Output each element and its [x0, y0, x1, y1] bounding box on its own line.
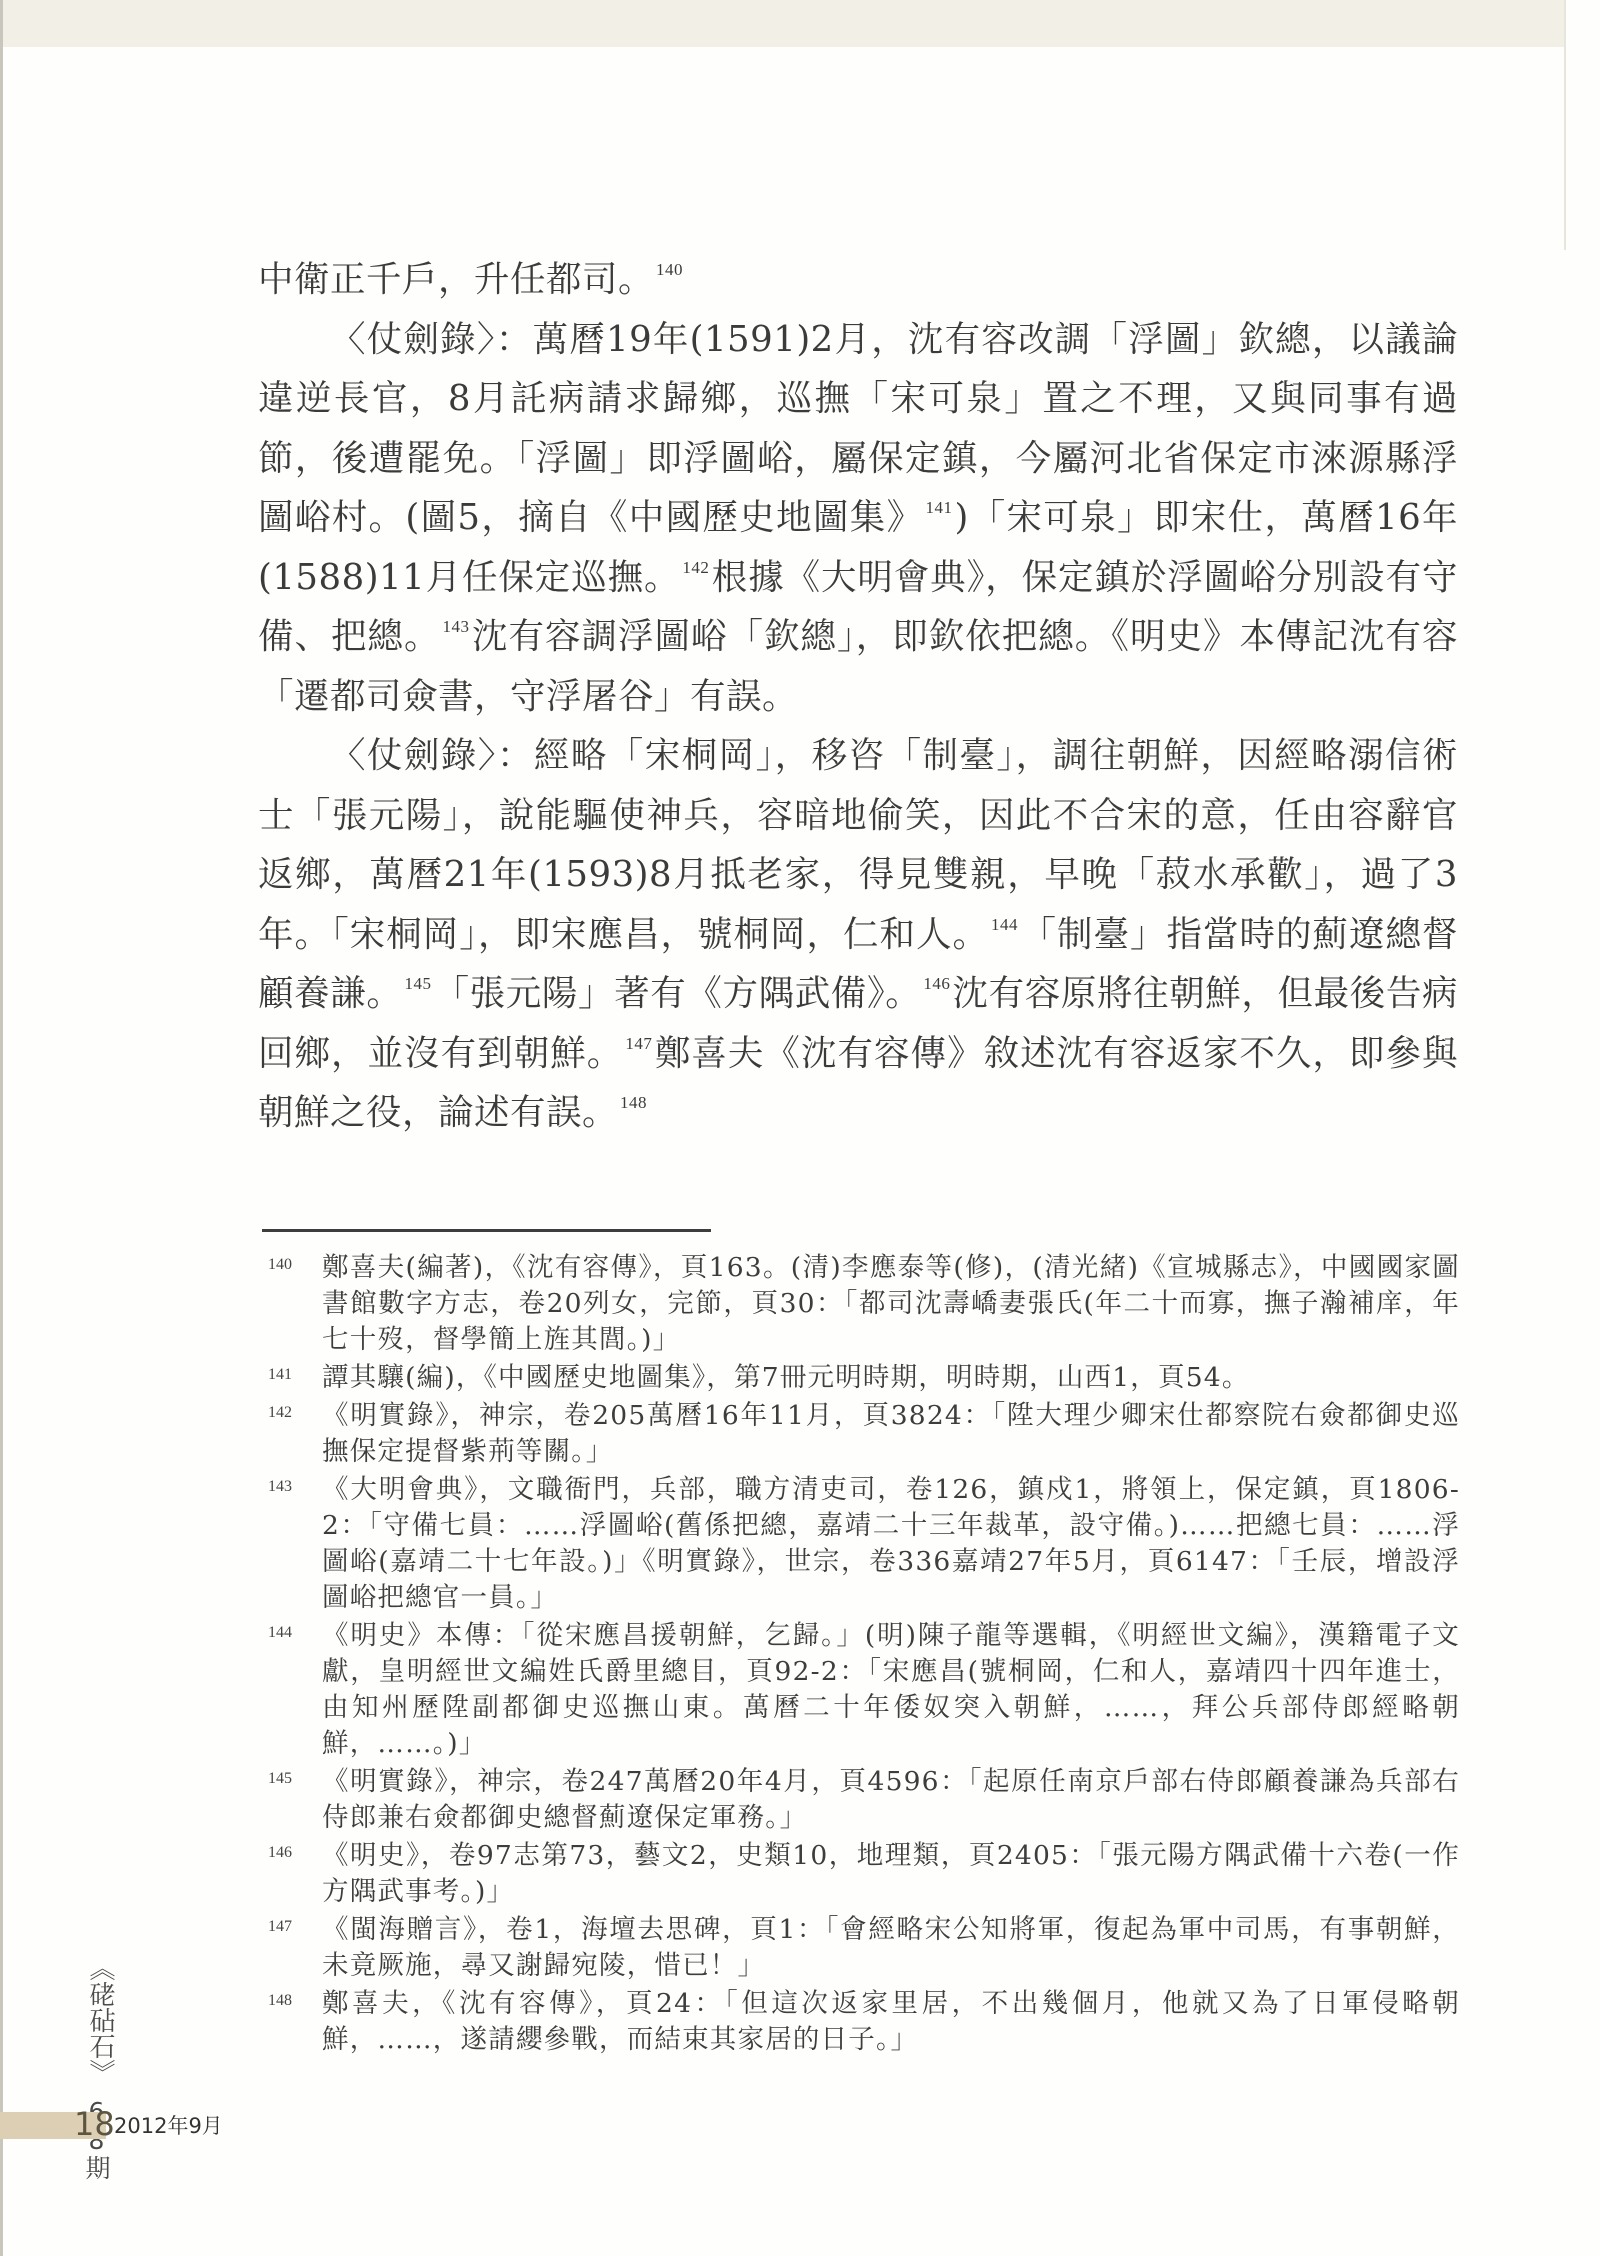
- footnote-reference[interactable]: 143: [443, 617, 470, 636]
- footnote: 140 鄭喜夫(編著)，《沈有容傳》，頁163。(清)李應泰等(修)，(清光緒)…: [268, 1250, 1460, 1358]
- paragraph: 〈仗劍錄〉：萬曆19年(1591)2月，沈有容改調「浮圖」欽總，以議論違逆長官，…: [258, 310, 1458, 727]
- footnote: 148 鄭喜夫，《沈有容傳》，頁24：「但這次返家里居，不出幾個月，他就又為了日…: [268, 1986, 1460, 2058]
- footnote-text: 《明史》，卷97志第73，藝文2，史類10，地理類，頁2405：「張元陽方隅武備…: [322, 1840, 1460, 1907]
- footnote-reference[interactable]: 145: [404, 974, 431, 993]
- issue-date: 2012年9月: [114, 2113, 223, 2139]
- paragraph: 中衛正千戶，升任都司。140: [258, 250, 1458, 310]
- page-left-edge: [0, 0, 3, 2256]
- footnote-text: 鄭喜夫(編著)，《沈有容傳》，頁163。(清)李應泰等(修)，(清光緒)《宣城縣…: [322, 1252, 1460, 1355]
- footnote-number: 142: [268, 1395, 292, 1431]
- footnote-reference[interactable]: 142: [682, 558, 709, 577]
- footnote-reference[interactable]: 148: [620, 1093, 647, 1112]
- footnote-number: 144: [268, 1615, 292, 1651]
- footnote-reference[interactable]: 140: [656, 260, 683, 279]
- footnote: 145 《明實錄》，神宗，卷247萬曆20年4月，頁4596：「起原任南京戶部右…: [268, 1764, 1460, 1836]
- footnote-reference[interactable]: 146: [923, 974, 950, 993]
- footnote-number: 147: [268, 1909, 292, 1945]
- footnote-number: 146: [268, 1835, 292, 1871]
- footnote-reference[interactable]: 147: [625, 1034, 652, 1053]
- footnote: 142 《明實錄》，神宗，卷205萬曆16年11月，頁3824：「陞大理少卿宋仕…: [268, 1398, 1460, 1470]
- footnote: 143 《大明會典》，文職衙門，兵部，職方清吏司，卷126，鎮戍1，將領上，保定…: [268, 1472, 1460, 1616]
- footnote-text: 《明實錄》，神宗，卷247萬曆20年4月，頁4596：「起原任南京戶部右侍郎顧養…: [322, 1766, 1460, 1833]
- journal-running-title: 《硓砧石》 68期: [83, 1955, 117, 2180]
- paragraph-text: 中衛正千戶，升任都司。: [258, 259, 654, 300]
- page-right-edge: [1564, 0, 1566, 250]
- footnote-text: 譚其驤(編)，《中國歷史地圖集》，第7冊元明時期，明時期，山西1，頁54。: [322, 1362, 1250, 1393]
- footnote: 146 《明史》，卷97志第73，藝文2，史類10，地理類，頁2405：「張元陽…: [268, 1838, 1460, 1910]
- footnote-text: 鄭喜夫，《沈有容傳》，頁24：「但這次返家里居，不出幾個月，他就又為了日軍侵略朝…: [322, 1988, 1460, 2055]
- footnote-text: 《明史》本傳：「從宋應昌援朝鮮，乞歸。」(明)陳子龍等選輯，《明經世文編》，漢籍…: [322, 1620, 1460, 1759]
- footnote: 141 譚其驤(編)，《中國歷史地圖集》，第7冊元明時期，明時期，山西1，頁54…: [268, 1360, 1460, 1396]
- footnote-text: 《明實錄》，神宗，卷205萬曆16年11月，頁3824：「陞大理少卿宋仕都察院右…: [322, 1400, 1460, 1467]
- footnote: 147 《閩海贈言》，卷1，海壇去思碑，頁1：「會經略宋公知將軍，復起為軍中司馬…: [268, 1912, 1460, 1984]
- footnote-number: 141: [268, 1357, 292, 1393]
- footnotes: 140 鄭喜夫(編著)，《沈有容傳》，頁163。(清)李應泰等(修)，(清光緒)…: [268, 1250, 1460, 2060]
- footnote-number: 140: [268, 1247, 292, 1283]
- footnote-reference[interactable]: 144: [991, 915, 1018, 934]
- footnote-number: 143: [268, 1469, 292, 1505]
- paragraph: 〈仗劍錄〉：經略「宋桐岡」，移咨「制臺」，調往朝鮮，因經略溺信術士「張元陽」，說…: [258, 726, 1458, 1143]
- footnote: 144 《明史》本傳：「從宋應昌援朝鮮，乞歸。」(明)陳子龍等選輯，《明經世文編…: [268, 1618, 1460, 1762]
- footnote-text: 《閩海贈言》，卷1，海壇去思碑，頁1：「會經略宋公知將軍，復起為軍中司馬，有事朝…: [322, 1914, 1460, 1981]
- footnote-reference[interactable]: 141: [926, 498, 953, 517]
- footnote-divider: [262, 1229, 711, 1232]
- page-number: 18: [74, 2106, 115, 2142]
- footnote-number: 148: [268, 1983, 292, 2019]
- scan-top-strip: [0, 0, 1566, 47]
- footnote-text: 《大明會典》，文職衙門，兵部，職方清吏司，卷126，鎮戍1，將領上，保定鎮，頁1…: [322, 1474, 1460, 1613]
- journal-title: 《硓砧石》: [86, 1955, 114, 2085]
- paragraph-text: 「張元陽」著有《方隅武備》。: [433, 973, 921, 1014]
- body-text: 中衛正千戶，升任都司。140 〈仗劍錄〉：萬曆19年(1591)2月，沈有容改調…: [258, 250, 1458, 1143]
- footnote-number: 145: [268, 1761, 292, 1797]
